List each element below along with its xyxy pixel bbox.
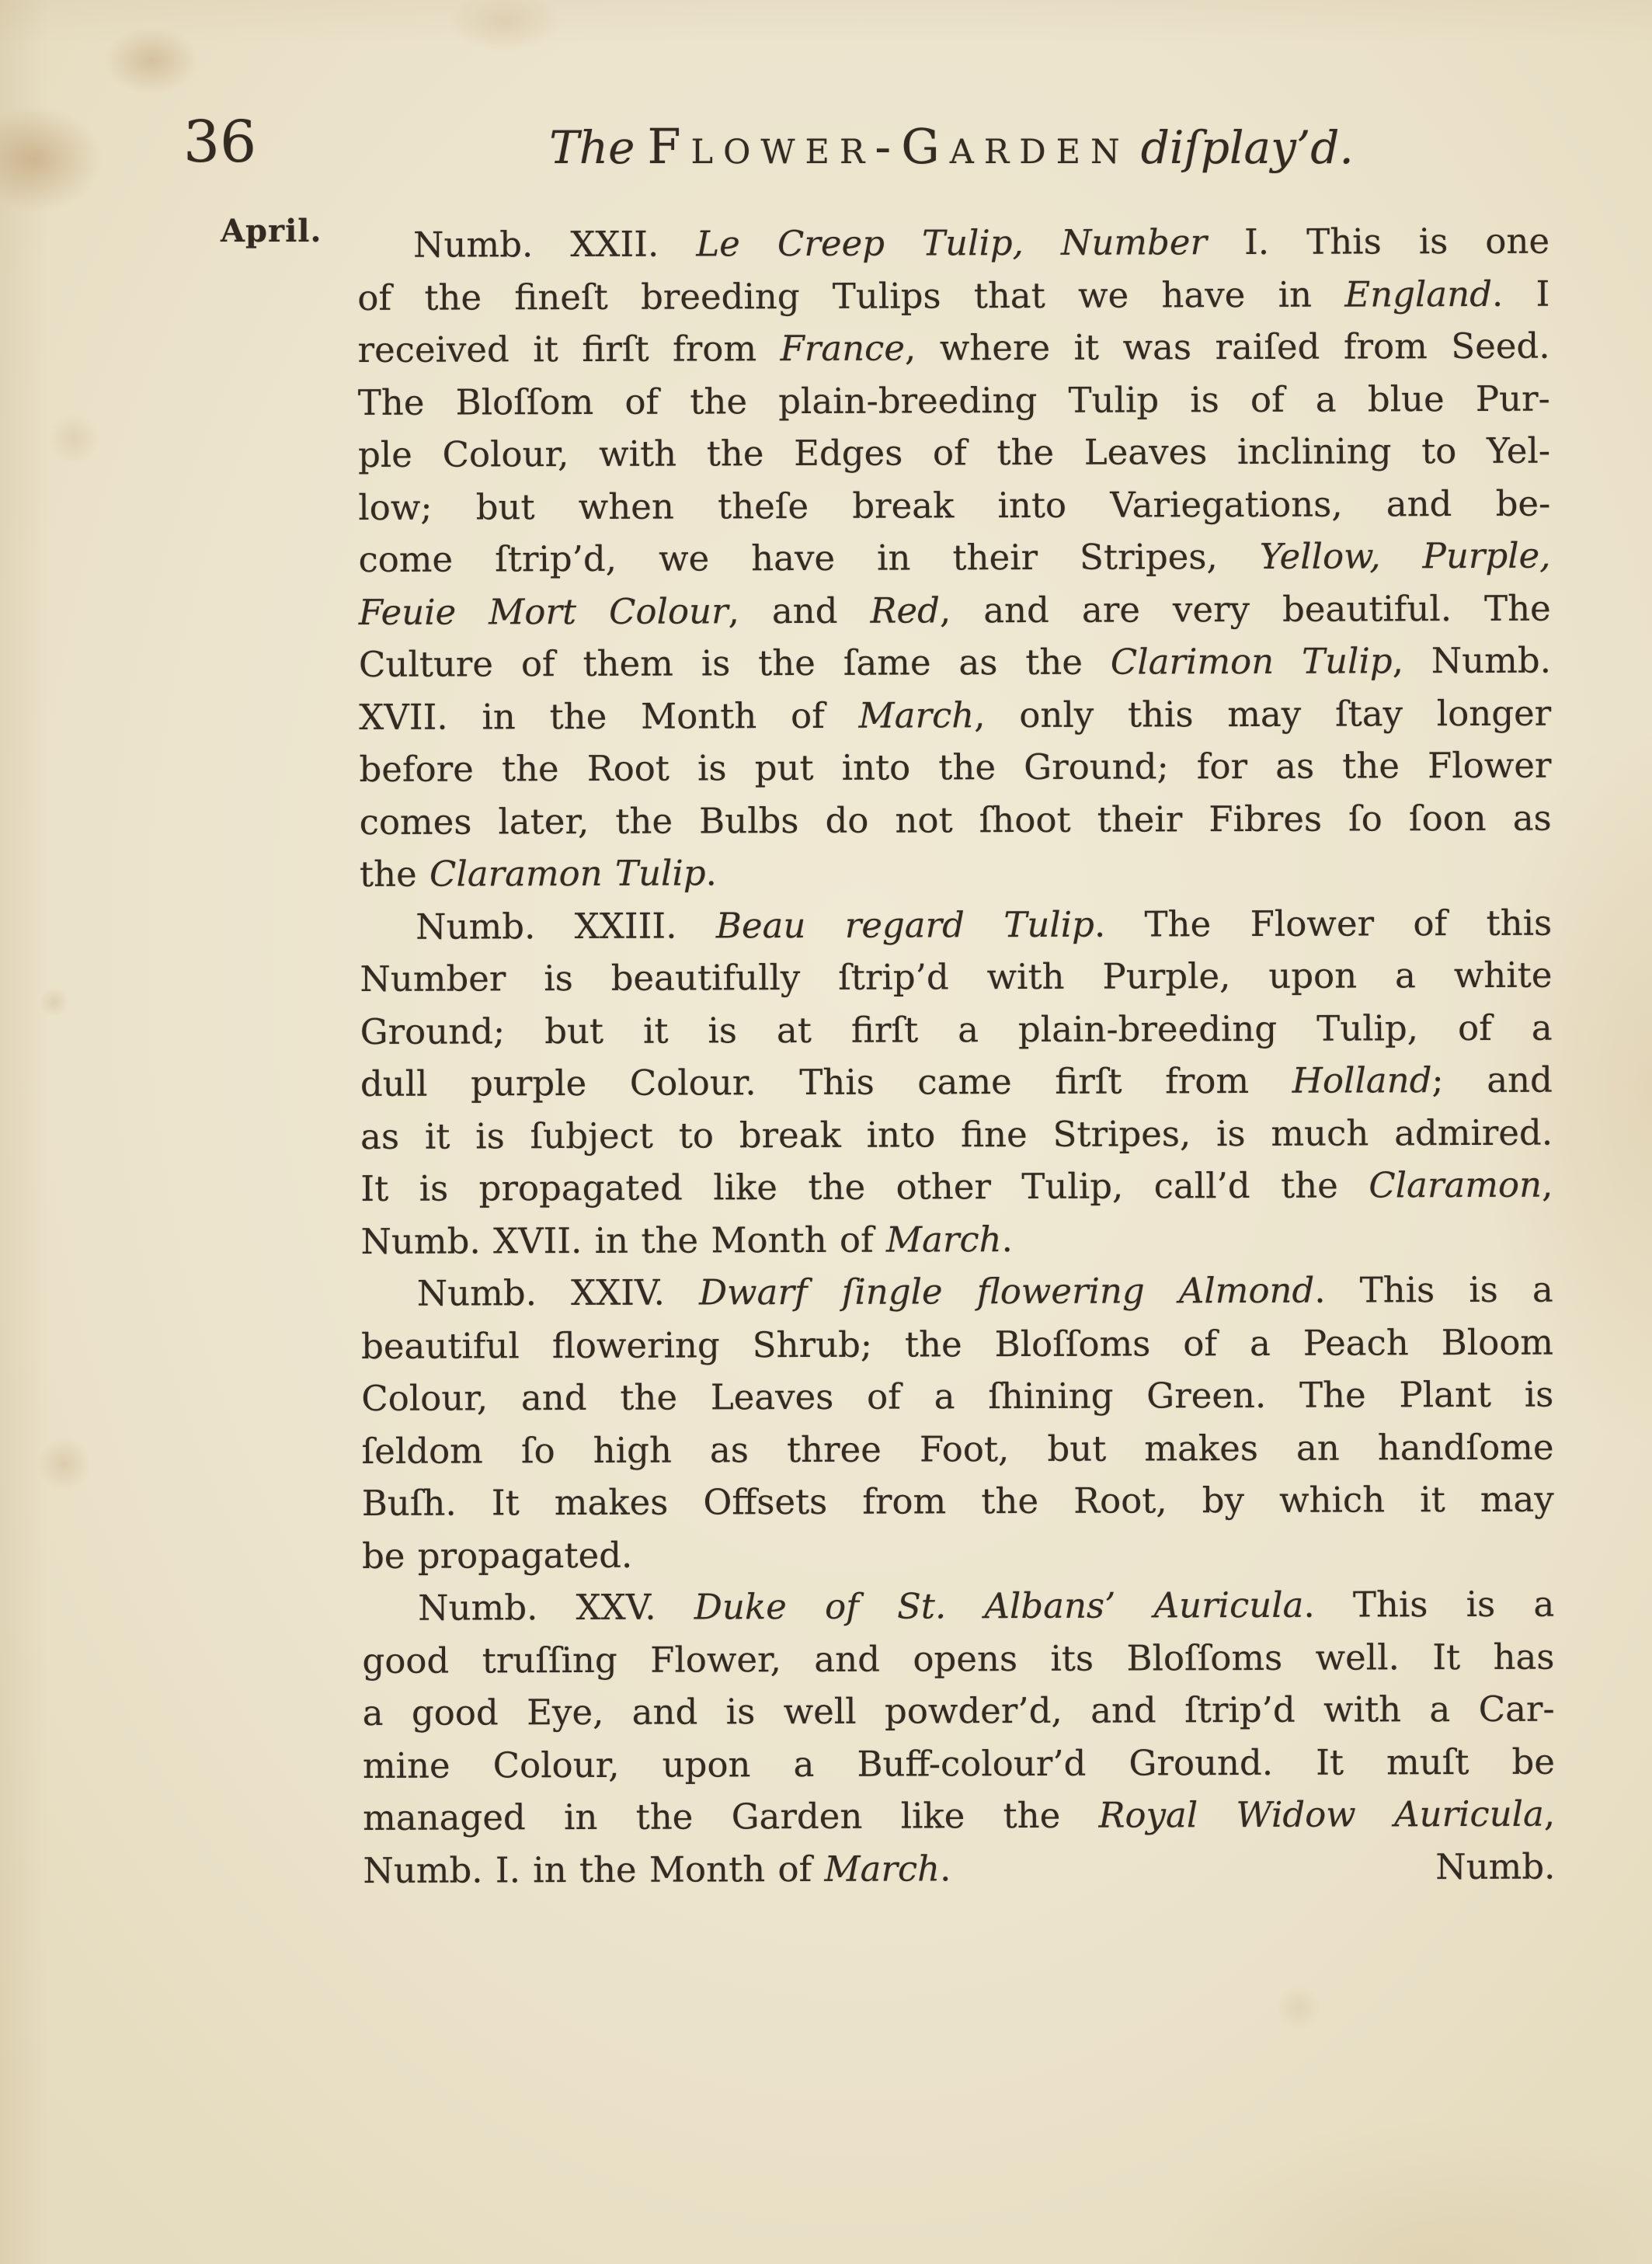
text-line: ple Colour, with the Edges of the Leaves… (358, 425, 1550, 482)
text-line: Colour, and the Leaves of a ſhining Gree… (361, 1368, 1553, 1425)
text-line: Numb. XVII. in the Month of March. (360, 1211, 1553, 1268)
text-line: managed in the Garden like the Royal Wid… (363, 1788, 1555, 1845)
text-line: as it is ſubject to break into fine Stri… (360, 1106, 1553, 1163)
text-line: comes later, the Bulbs do not ſhoot thei… (360, 791, 1552, 848)
title-word-main: Flower-Garden (648, 118, 1130, 175)
title-word-suffix: diſplay’d. (1141, 121, 1354, 174)
text-line: of the fineſt breeding Tulips that we ha… (357, 267, 1549, 324)
page-title: TheFlower-Gardendiſplay’d. (353, 123, 1549, 171)
text-line: a good Eye, and is well powder’d, and ſt… (363, 1683, 1555, 1740)
text-line: It is propagated like the other Tulip, c… (360, 1159, 1553, 1215)
text-line: dull purple Colour. This came firſt from… (360, 1054, 1553, 1111)
book-page: 36 TheFlower-Gardendiſplay’d. April. Num… (0, 0, 1652, 2264)
text-line: Feuie Mort Colour, and Red, and are very… (359, 582, 1551, 638)
text-line: low; but when theſe break into Variegati… (358, 477, 1550, 534)
text-line: ſeldom ſo high as three Foot, but makes … (361, 1421, 1553, 1477)
text-line: be propagated. (362, 1525, 1554, 1582)
text-line: Culture of them is the ſame as the Clari… (359, 635, 1551, 691)
text-line: before the Root is put into the Ground; … (359, 739, 1551, 796)
text-line: beautiful flowering Shrub; the Bloſſoms … (361, 1316, 1553, 1372)
catchword: Numb. (1435, 1840, 1555, 1893)
text-line: Number is beautifully ſtrip’d with Purpl… (360, 949, 1552, 1006)
text-line: Ground; but it is at firſt a plain-breed… (360, 1001, 1553, 1058)
margin-note-month: April. (221, 213, 322, 249)
text-line: Buſh. It makes Offsets from the Root, by… (362, 1473, 1554, 1530)
text-line: Numb. XXII. Le Creep Tulip, Number I. Th… (357, 215, 1549, 272)
text-line: XVII. in the Month of March, only this m… (359, 687, 1551, 743)
text-line: come ſtrip’d, we have in their Stripes, … (358, 530, 1550, 586)
text-line: Numb. XXV. Duke of St. Albans’ Auricula.… (362, 1578, 1554, 1635)
text-line: the Claramon Tulip. (360, 844, 1552, 901)
text-line: Numb. XXIV. Dwarf ſingle flowering Almon… (361, 1264, 1553, 1320)
text-line: mine Colour, upon a Buff-colour’d Ground… (363, 1735, 1555, 1792)
body-text: Numb. XXII. Le Creep Tulip, Number I. Th… (357, 215, 1556, 1897)
text-line: The Bloſſom of the plain-breeding Tulip … (358, 372, 1550, 429)
title-word-the: The (549, 121, 635, 174)
text-line: Numb. I. in the Month of March.Numb. (363, 1840, 1555, 1897)
text-line: good truſſing Flower, and opens its Bloſ… (362, 1630, 1554, 1687)
text-line: Numb. XXIII. Beau regard Tulip. The Flow… (360, 896, 1552, 953)
page-number: 36 (183, 113, 256, 171)
text-line: received it firſt from France, where it … (357, 320, 1549, 377)
